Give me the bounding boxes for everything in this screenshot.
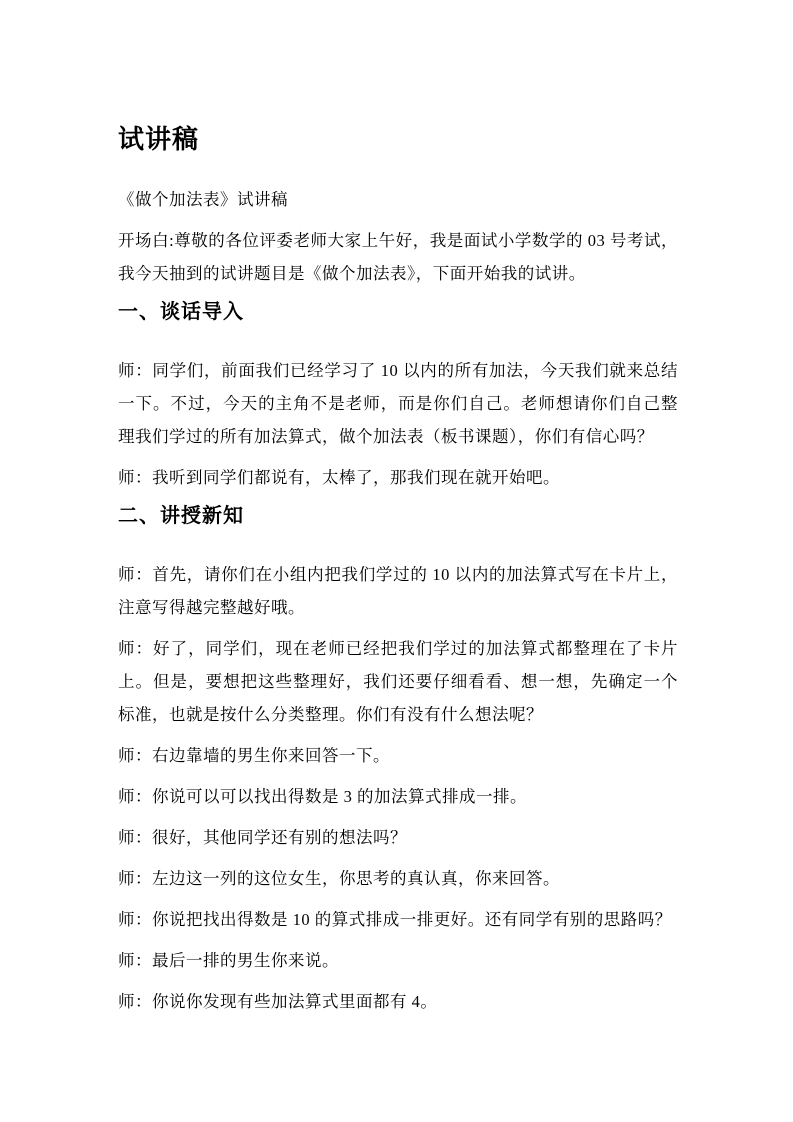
document-title: 试讲稿 [118,122,678,156]
section-heading: 二、讲授新知 [118,502,678,530]
document-page: 试讲稿 《做个加法表》试讲稿开场白:尊敬的各位评委老师大家上午好，我是面试小学数… [0,0,793,1122]
paragraph: 开场白:尊敬的各位评委老师大家上午好，我是面试小学数学的 03 号考试，我今天抽… [118,224,678,290]
paragraph: 师：很好，其他同学还有别的想法吗？ [118,821,678,854]
section-heading: 一、谈话导入 [118,298,678,326]
paragraph: 师：你说把找出得数是 10 的算式排成一排更好。还有同学有别的思路吗？ [118,903,678,936]
paragraph: 师：左边这一列的这位女生，你思考的真认真，你来回答。 [118,862,678,895]
document-body: 《做个加法表》试讲稿开场白:尊敬的各位评委老师大家上午好，我是面试小学数学的 0… [118,183,678,1018]
paragraph: 师：右边靠墙的男生你来回答一下。 [118,739,678,772]
paragraph: 师：你说可以可以找出得数是 3 的加法算式排成一排。 [118,780,678,813]
paragraph: 师：最后一排的男生你来说。 [118,944,678,977]
paragraph: 师：好了，同学们，现在老师已经把我们学过的加法算式都整理在了卡片上。但是，要想把… [118,632,678,731]
paragraph: 师：我听到同学们都说有，太棒了，那我们现在就开始吧。 [118,461,678,494]
paragraph: 师：你说你发现有些加法算式里面都有 4。 [118,985,678,1018]
paragraph: 师：同学们，前面我们已经学习了 10 以内的所有加法，今天我们就来总结一下。不过… [118,354,678,453]
paragraph: 《做个加法表》试讲稿 [118,183,678,216]
paragraph: 师：首先，请你们在小组内把我们学过的 10 以内的加法算式写在卡片上，注意写得越… [118,558,678,624]
